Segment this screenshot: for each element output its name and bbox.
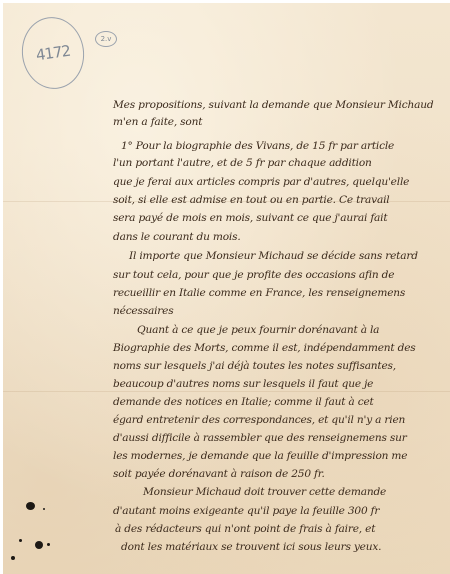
ink-stain [26,502,35,510]
archive-reference-number: 4172 [17,13,88,93]
text-line: que je ferai aux articles compris par d'… [113,176,409,188]
text-line: beaucoup d'autres noms sur lesquels il f… [113,378,373,390]
archive-small-mark: 2.v [95,31,117,47]
text-line: soit, si elle est admise en tout ou en p… [113,194,389,206]
text-line: Quant à ce que je peux fournir dorénavan… [137,324,379,336]
manuscript-page: 4172 2.v Mes propositions, suivant la de… [3,3,450,574]
text-line: Monsieur Michaud doit trouver cette dema… [143,486,386,498]
paper-fold-line [3,391,450,392]
ink-stain [47,543,50,546]
text-line: l'un portant l'autre, et de 5 fr par cha… [113,157,372,169]
text-line: d'autant moins exigeante qu'il paye la f… [113,505,379,517]
text-line: sur tout cela, pour que je profite des o… [113,269,394,281]
text-line: noms sur lesquels j'ai déjà toutes les n… [113,360,396,372]
text-line: dans le courant du mois. [113,231,241,243]
text-line: 1° Pour la biographie des Vivans, de 15 … [121,140,394,152]
text-line: égard entretenir des correspondances, et… [113,414,405,426]
ink-stain [35,541,43,549]
ink-stain [11,556,15,560]
text-line: demande des notices en Italie; comme il … [113,396,374,408]
text-line: recueillir en Italie comme en France, le… [113,287,405,299]
text-line: nécessaires [113,305,173,317]
text-line: les modernes, je demande que la feuille … [113,450,407,462]
text-line: m'en a faite, sont [113,116,202,128]
ink-stain [19,539,22,542]
text-line: sera payé de mois en mois, suivant ce qu… [113,212,387,224]
text-line: Il importe que Monsieur Michaud se décid… [129,250,418,262]
text-line: d'aussi difficile à rassembler que des r… [113,432,407,444]
text-line: dont les matériaux se trouvent ici sous … [121,541,381,553]
text-line: à des rédacteurs qui n'ont point de frai… [115,523,375,535]
text-line: soit payée dorénavant à raison de 250 fr… [113,468,325,480]
text-line: Biographie des Morts, comme il est, indé… [113,342,416,354]
text-line: Mes propositions, suivant la demande que… [113,99,433,111]
ink-stain [43,508,45,510]
